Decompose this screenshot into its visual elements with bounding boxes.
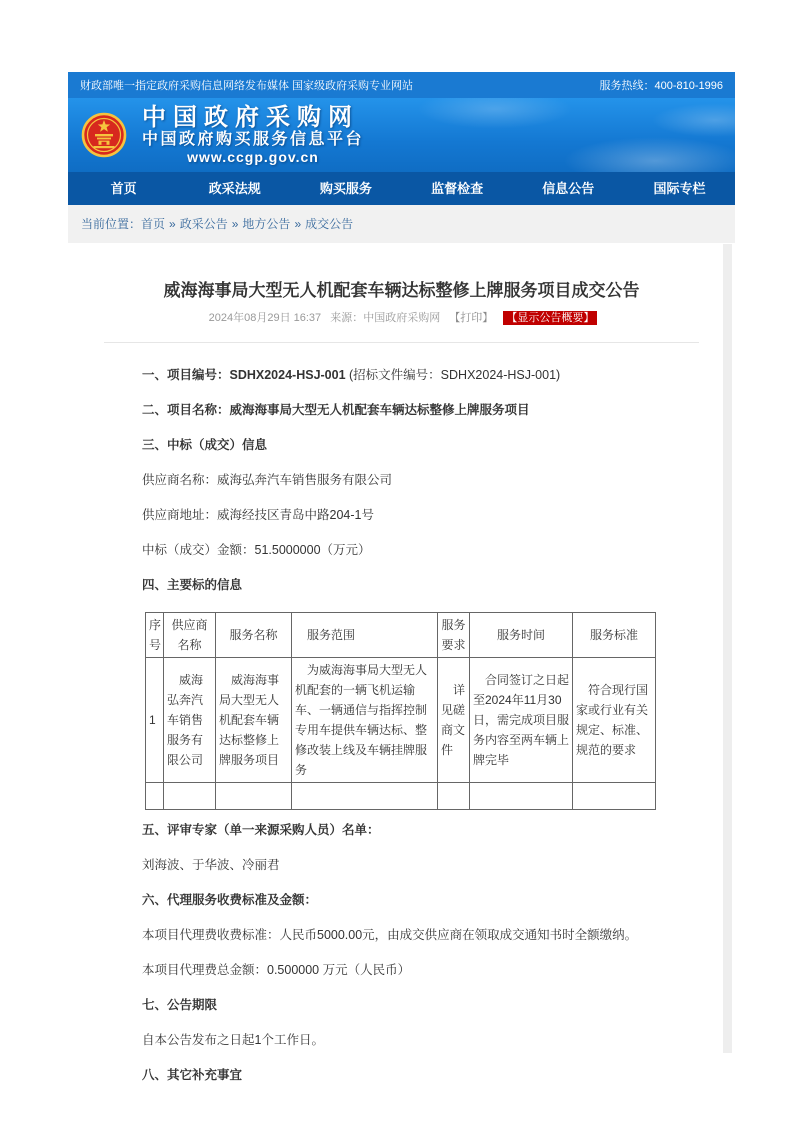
- agency-fee-standard: 本项目代理费收费标准：人民币5000.00元，由成交供应商在领取成交通知书时全额…: [142, 927, 699, 944]
- table-header-row: 序号 供应商名称 服务名称 服务范围 服务要求 服务时间 服务标准: [146, 613, 656, 658]
- nav-item-home[interactable]: 首页: [68, 172, 179, 205]
- nav-item-supervision[interactable]: 监督检查: [402, 172, 513, 205]
- site-url: www.ccgp.gov.cn: [142, 149, 364, 165]
- agency-fee-total: 本项目代理费总金额：0.500000 万元（人民币）: [142, 962, 699, 979]
- nav-item-international[interactable]: 国际专栏: [624, 172, 735, 205]
- article-scrollbar-track[interactable]: [723, 244, 732, 1053]
- table-header-cell: 服务范围: [292, 613, 438, 658]
- site-banner: 中国政府采购网 中国政府购买服务信息平台 www.ccgp.gov.cn: [68, 98, 735, 172]
- section-agency-fee: 六、代理服务收费标准及金额：: [142, 892, 699, 909]
- table-cell-service-standard: 符合现行国家或行业有关规定、标准、规范的要求: [573, 658, 656, 783]
- site-name: 中国政府采购网: [142, 105, 364, 130]
- table-row: 1 威海弘奔汽车销售服务有限公司 威海海事局大型无人机配套车辆达标整修上牌服务项…: [146, 658, 656, 783]
- breadcrumb-prefix: 当前位置：: [81, 217, 141, 231]
- article-meta: 2024年08月29日 16:37 来源：中国政府采购网 【打印】 【显示公告概…: [104, 311, 699, 326]
- show-summary-button[interactable]: 【显示公告概要】: [503, 311, 597, 325]
- section-project-number: 一、项目编号：SDHX2024-HSJ-001 (招标文件编号：SDHX2024…: [142, 367, 699, 384]
- subject-info-table: 序号 供应商名称 服务名称 服务范围 服务要求 服务时间 服务标准 1 威海弘奔…: [145, 612, 656, 810]
- table-cell: [573, 783, 656, 810]
- nav-item-regulations[interactable]: 政采法规: [179, 172, 290, 205]
- title-divider: [104, 342, 699, 343]
- section-project-name: 二、项目名称：威海海事局大型无人机配套车辆达标整修上牌服务项目: [142, 402, 699, 419]
- section-notice-period: 七、公告期限: [142, 997, 699, 1014]
- section-main-subject-info: 四、主要标的信息: [142, 577, 699, 594]
- breadcrumb-separator: »: [228, 217, 243, 231]
- table-cell: [146, 783, 164, 810]
- expert-names: 刘海波、于华波、冷丽君: [142, 857, 699, 874]
- table-cell-service-name: 威海海事局大型无人机配套车辆达标整修上牌服务项目: [216, 658, 292, 783]
- service-hotline: 服务热线：400-810-1996: [599, 77, 723, 93]
- nav-item-announcements[interactable]: 信息公告: [513, 172, 624, 205]
- supplier-address: 供应商地址：威海经技区青岛中路204-1号: [142, 507, 699, 524]
- page-title: 威海海事局大型无人机配套车辆达标整修上牌服务项目成交公告: [104, 279, 699, 303]
- breadcrumb: 当前位置：首页»政采公告»地方公告»成交公告: [68, 205, 735, 243]
- national-emblem-icon: [80, 111, 128, 159]
- announcement-article: 威海海事局大型无人机配套车辆达标整修上牌服务项目成交公告 2024年08月29日…: [68, 279, 735, 1084]
- table-cell: [164, 783, 216, 810]
- award-amount: 中标（成交）金额：51.5000000（万元）: [142, 542, 699, 559]
- project-number-rest: (招标文件编号：SDHX2024-HSJ-001): [346, 368, 561, 382]
- table-cell: [470, 783, 573, 810]
- table-header-cell: 服务要求: [438, 613, 470, 658]
- table-header-cell: 服务名称: [216, 613, 292, 658]
- print-button[interactable]: 【打印】: [449, 312, 493, 324]
- breadcrumb-deal-announcements[interactable]: 成交公告: [305, 217, 353, 231]
- page-container: 财政部唯一指定政府采购信息网络发布媒体 国家级政府采购专业网站 服务热线：400…: [68, 72, 735, 1102]
- table-cell: [216, 783, 292, 810]
- table-cell-supplier: 威海弘奔汽车销售服务有限公司: [164, 658, 216, 783]
- article-source: 来源：中国政府采购网: [330, 312, 440, 324]
- project-number-bold: 一、项目编号：SDHX2024-HSJ-001: [142, 368, 346, 382]
- breadcrumb-gov-announcements[interactable]: 政采公告: [180, 217, 228, 231]
- table-header-cell: 服务时间: [470, 613, 573, 658]
- table-row-empty: [146, 783, 656, 810]
- site-logo[interactable]: 中国政府采购网 中国政府购买服务信息平台 www.ccgp.gov.cn: [142, 105, 364, 165]
- table-cell-service-requirement: 详见磋商文件: [438, 658, 470, 783]
- table-header-cell: 服务标准: [573, 613, 656, 658]
- publish-datetime: 2024年08月29日 16:37: [209, 312, 322, 324]
- table-cell-service-time: 合同签订之日起至2024年11月30日，需完成项目服务内容至两车辆上牌完毕: [470, 658, 573, 783]
- table-cell-seq: 1: [146, 658, 164, 783]
- breadcrumb-separator: »: [165, 217, 180, 231]
- section-review-experts: 五、评审专家（单一来源采购人员）名单：: [142, 822, 699, 839]
- table-header-cell: 序号: [146, 613, 164, 658]
- table-cell-service-scope: 为威海海事局大型无人机配套的一辆飞机运输车、一辆通信与指挥控制专用车提供车辆达标…: [292, 658, 438, 783]
- breadcrumb-home[interactable]: 首页: [141, 217, 165, 231]
- table-cell: [438, 783, 470, 810]
- breadcrumb-local-announcements[interactable]: 地方公告: [242, 217, 290, 231]
- section-award-info: 三、中标（成交）信息: [142, 437, 699, 454]
- site-subtitle: 中国政府购买服务信息平台: [142, 130, 364, 149]
- notice-period-text: 自本公告发布之日起1个工作日。: [142, 1032, 699, 1049]
- supplier-name: 供应商名称：威海弘奔汽车销售服务有限公司: [142, 472, 699, 489]
- site-tagline: 财政部唯一指定政府采购信息网络发布媒体 国家级政府采购专业网站: [80, 77, 413, 93]
- topbar: 财政部唯一指定政府采购信息网络发布媒体 国家级政府采购专业网站 服务热线：400…: [68, 72, 735, 98]
- nav-item-purchase-services[interactable]: 购买服务: [290, 172, 401, 205]
- section-other-matters: 八、其它补充事宜: [142, 1067, 699, 1084]
- table-header-cell: 供应商名称: [164, 613, 216, 658]
- table-cell: [292, 783, 438, 810]
- main-nav: 首页 政采法规 购买服务 监督检查 信息公告 国际专栏: [68, 172, 735, 205]
- breadcrumb-separator: »: [290, 217, 305, 231]
